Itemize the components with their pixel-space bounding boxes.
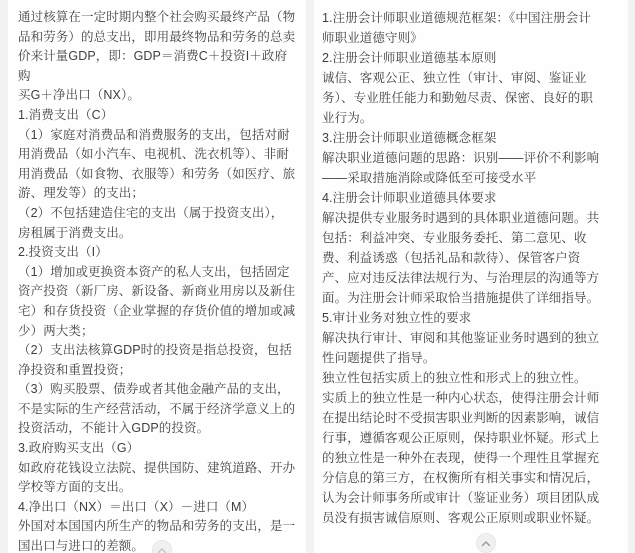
scroll-top-button-right[interactable] (476, 533, 496, 553)
paragraph: （1）增加或更换资本资产的私人支出，包括固定 资产投资（新厂房、新设备、新商业用… (18, 263, 298, 341)
chevron-up-icon (157, 547, 167, 553)
chevron-up-icon (481, 540, 491, 547)
notes-screen: 通过核算在一定时期内整个社会购买最终产品（物 品和劳务）的总支出，即用最终物品和… (0, 0, 635, 553)
paragraph: 独立性包括实质上的独立性和形式上的独立性。 (322, 368, 620, 388)
paragraph: 5.审计业务对独立性的要求 (322, 308, 620, 328)
paragraph: 4.净出口（NX）＝出口（X）－进口（M） (18, 498, 298, 518)
note-page-left: 通过核算在一定时期内整个社会购买最终产品（物 品和劳务）的总支出，即用最终物品和… (8, 0, 306, 553)
paragraph: 实质上的独立性是一种内心状态，使得注册会计师 在提出结论时不受损害职业判断的因素… (322, 388, 620, 528)
paragraph: 4.注册会计师职业道德具体要求 (322, 188, 620, 208)
paragraph: 3.注册会计师职业道德概念框架 (322, 128, 620, 148)
paragraph: 1.注册会计师职业道德规范框架：《中国注册会计 师职业道德守则》 (322, 8, 620, 48)
note-text-right: 1.注册会计师职业道德规范框架：《中国注册会计 师职业道德守则》2.注册会计师职… (322, 8, 620, 528)
paragraph: 如政府花钱设立法院、提供国防、建筑道路、开办 学校等方面的支出。 (18, 459, 298, 498)
paragraph: 解决提供专业服务时遇到的具体职业道德问题。共 包括：利益冲突、专业服务委托、第二… (322, 208, 620, 308)
paragraph: （3）购买股票、债券或者其他金融产品的支出， 不是实际的生产经营活动，不属于经济… (18, 380, 298, 439)
paragraph: （2）不包括建造住宅的支出（属于投资支出）， 房租属于消费支出。 (18, 204, 298, 243)
paragraph: 2.注册会计师职业道德基本原则 (322, 48, 620, 68)
note-page-right: 1.注册会计师职业道德规范框架：《中国注册会计 师职业道德守则》2.注册会计师职… (314, 0, 628, 553)
note-text-left: 通过核算在一定时期内整个社会购买最终产品（物 品和劳务）的总支出，即用最终物品和… (18, 8, 298, 553)
scroll-top-button-left[interactable] (152, 540, 172, 553)
paragraph: 解决执行审计、审阅和其他鉴证业务时遇到的独立 性问题提供了指导。 (322, 328, 620, 368)
paragraph: （2）支出法核算GDP时的投资是指总投资，包括 净投资和重置投资； (18, 341, 298, 380)
paragraph: 1.消费支出（C） (18, 106, 298, 126)
paragraph: 通过核算在一定时期内整个社会购买最终产品（物 品和劳务）的总支出，即用最终物品和… (18, 8, 298, 106)
paragraph: 诚信、客观公正、独立性（审计、审阅、鉴证业 务）、专业胜任能力和勤勉尽责、保密、… (322, 68, 620, 128)
paragraph: （1）家庭对消费品和消费服务的支出，包括对耐 用消费品（如小汽车、电视机、洗衣机… (18, 126, 298, 204)
paragraph: 2.投资支出（I） (18, 243, 298, 263)
paragraph: 3.政府购买支出（G） (18, 439, 298, 459)
paragraph: 解决职业道德问题的思路：识别——评价不利影响 ——采取措施消除或降低至可接受水平 (322, 148, 620, 188)
